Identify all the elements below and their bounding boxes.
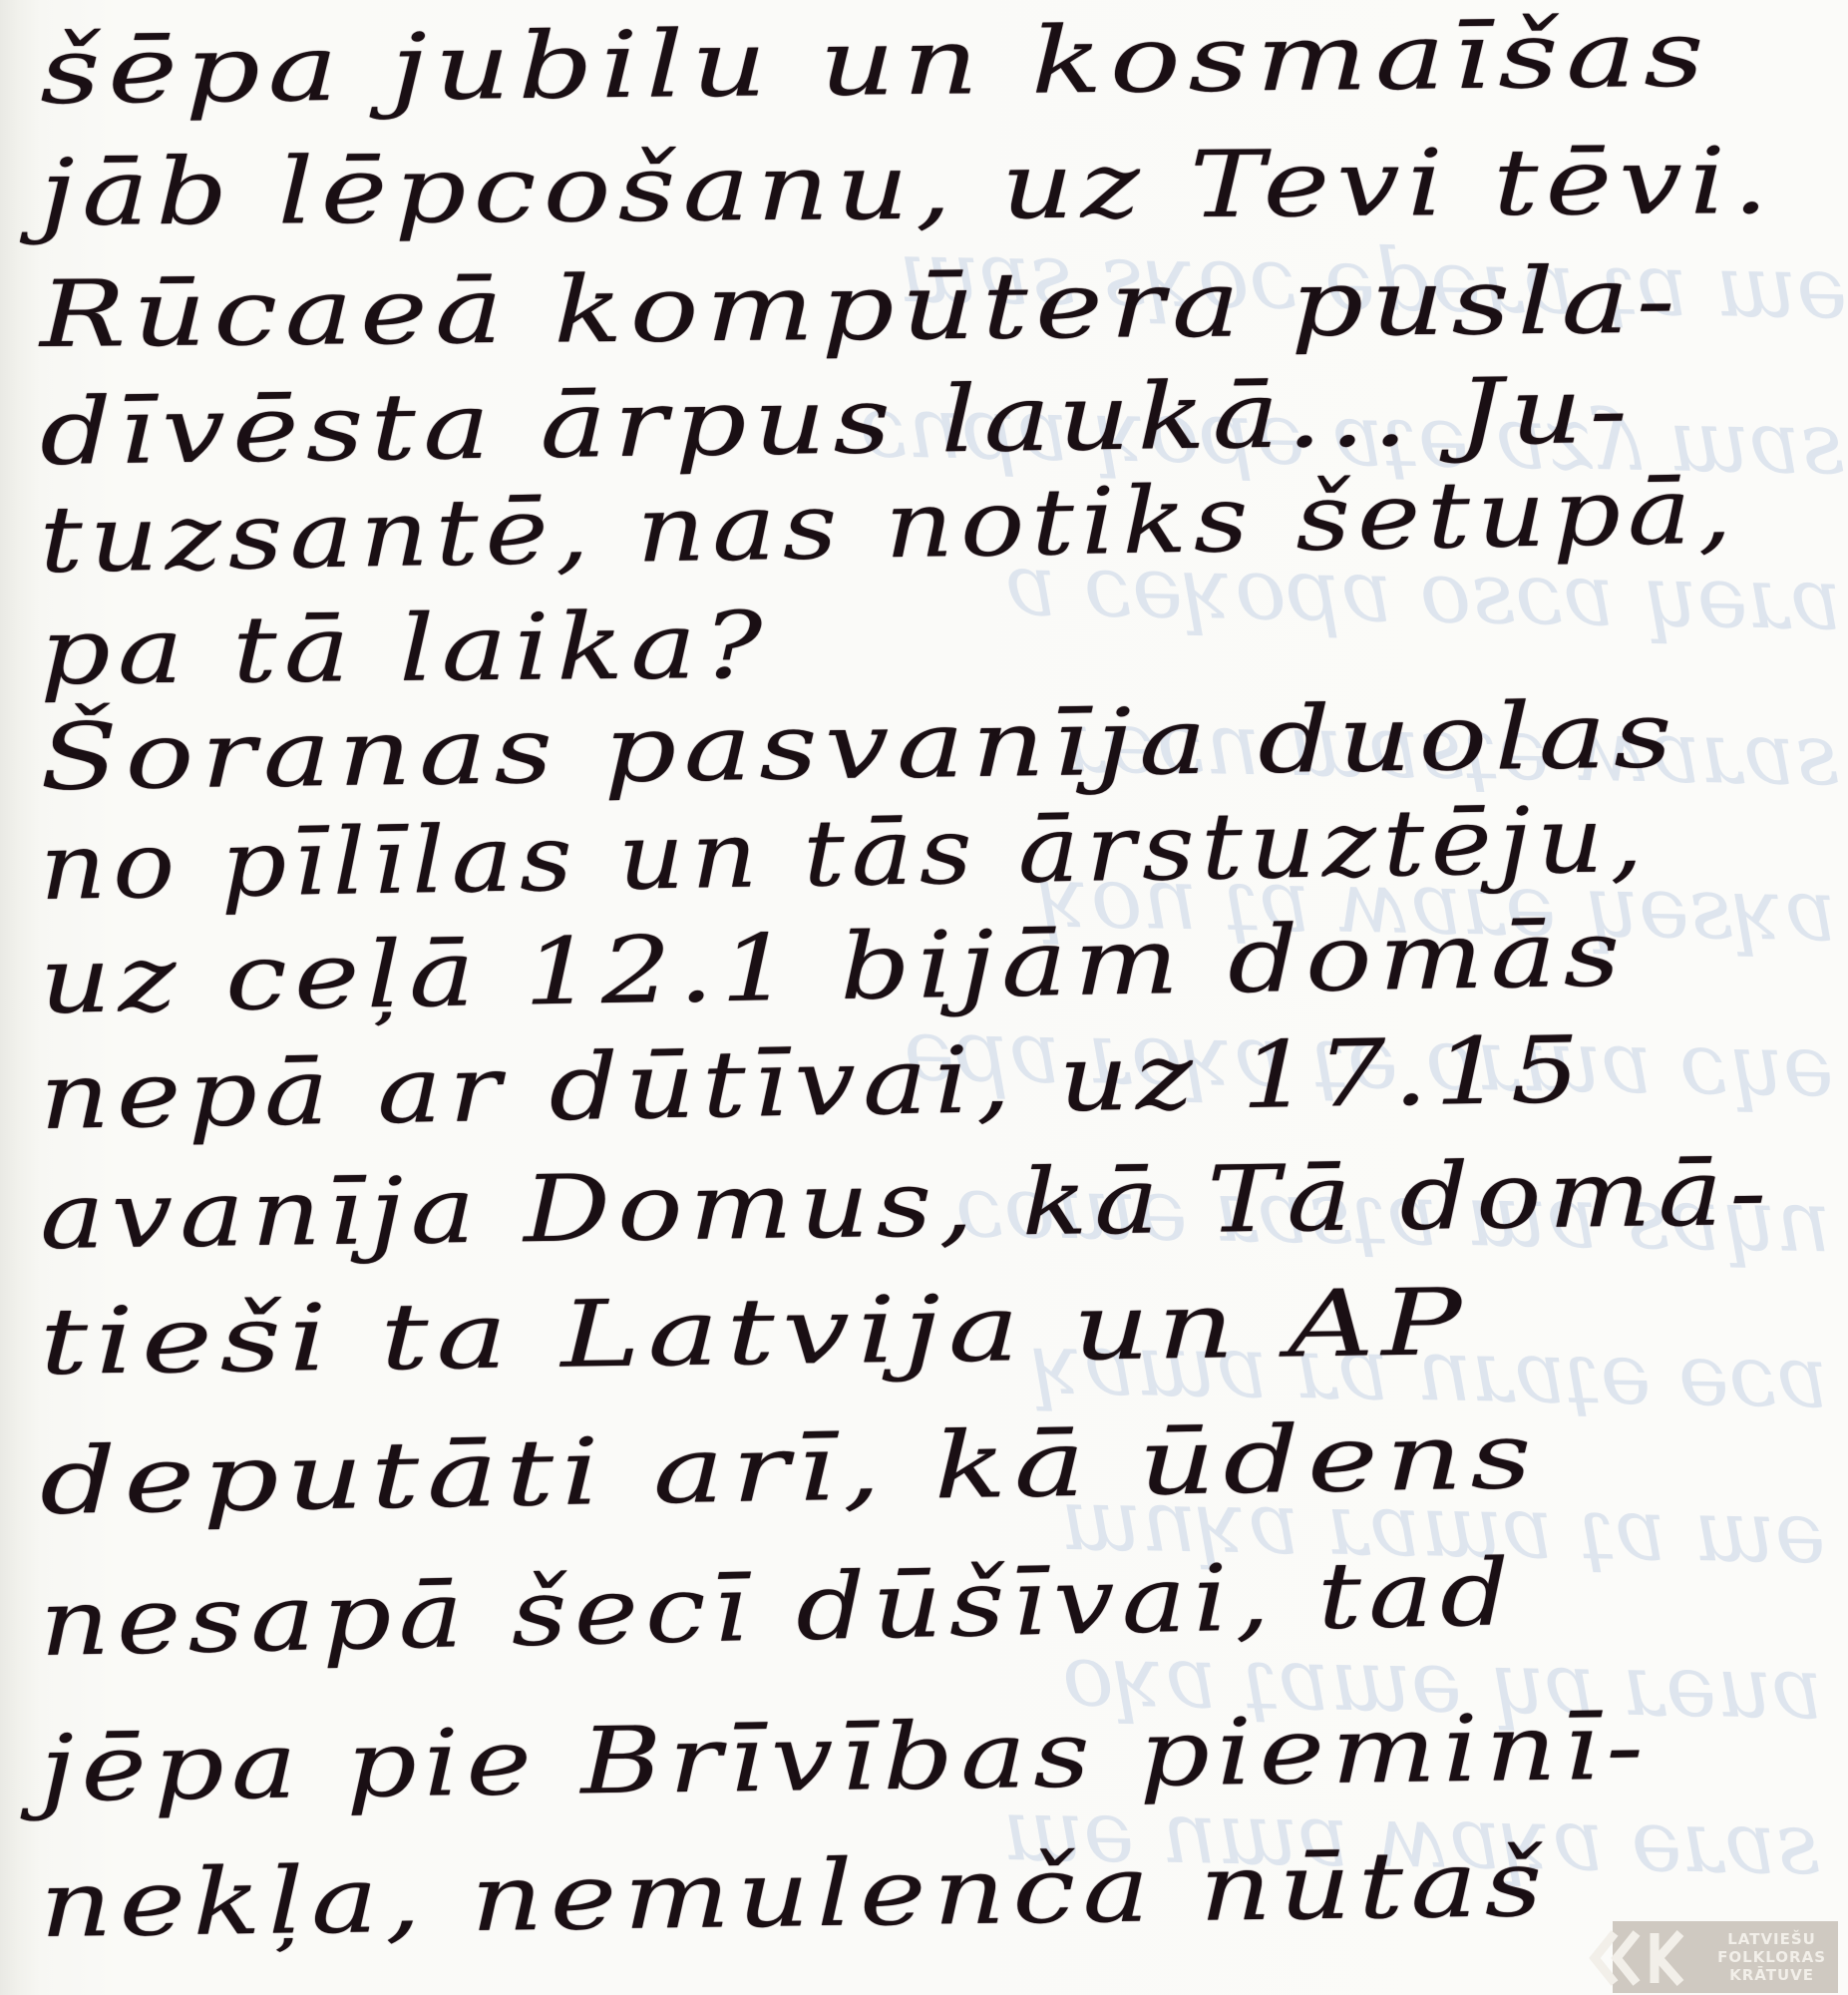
text-line: šēpa jubilu un kosmaīšas: [39, 0, 1711, 125]
scanned-page: ǝɯ ɐʇ ɐɹǝdǝ ɔoʞs sɐɯ sɐɯ ʎzɐ ǝʇɐ ǝpoʞ ɐp…: [0, 0, 1848, 1995]
text-line: nepā ar dūtīvai, uz 17.15: [39, 1016, 1588, 1150]
text-line: avanīja Domus, kā Tā domā-: [39, 1139, 1774, 1270]
archive-watermark: LATVIEŠU FOLKLORAS KRĀTUVE: [1613, 1921, 1838, 1993]
text-line: jāb lēpcošanu, uz Tevi tēvi.: [40, 128, 1776, 246]
text-line: deputāti arī, kā ūdens: [39, 1402, 1540, 1535]
text-line: nesapā šecī dūšīvai, tad: [39, 1539, 1518, 1677]
lfk-logo-icon: [1585, 1927, 1694, 1989]
archive-name: LATVIEŠU FOLKLORAS KRĀTUVE: [1717, 1930, 1826, 1984]
archive-name-line: KRĀTUVE: [1729, 1966, 1814, 1984]
text-line: pa tā laika?: [40, 593, 771, 705]
archive-name-line: FOLKLORAS: [1717, 1948, 1826, 1966]
archive-name-line: LATVIEŠU: [1727, 1930, 1816, 1948]
text-line: nekļa, nemulenča nūtaš: [39, 1830, 1550, 1958]
text-line: Rūcaeā kompūtera pusla-: [40, 247, 1683, 368]
text-line: jēpa pie Brīvības pieminī-: [39, 1693, 1651, 1822]
text-line: tieši ta Latvija un AP: [39, 1269, 1470, 1396]
text-line: uz ceļā 12.1 bijām domās: [39, 900, 1628, 1034]
